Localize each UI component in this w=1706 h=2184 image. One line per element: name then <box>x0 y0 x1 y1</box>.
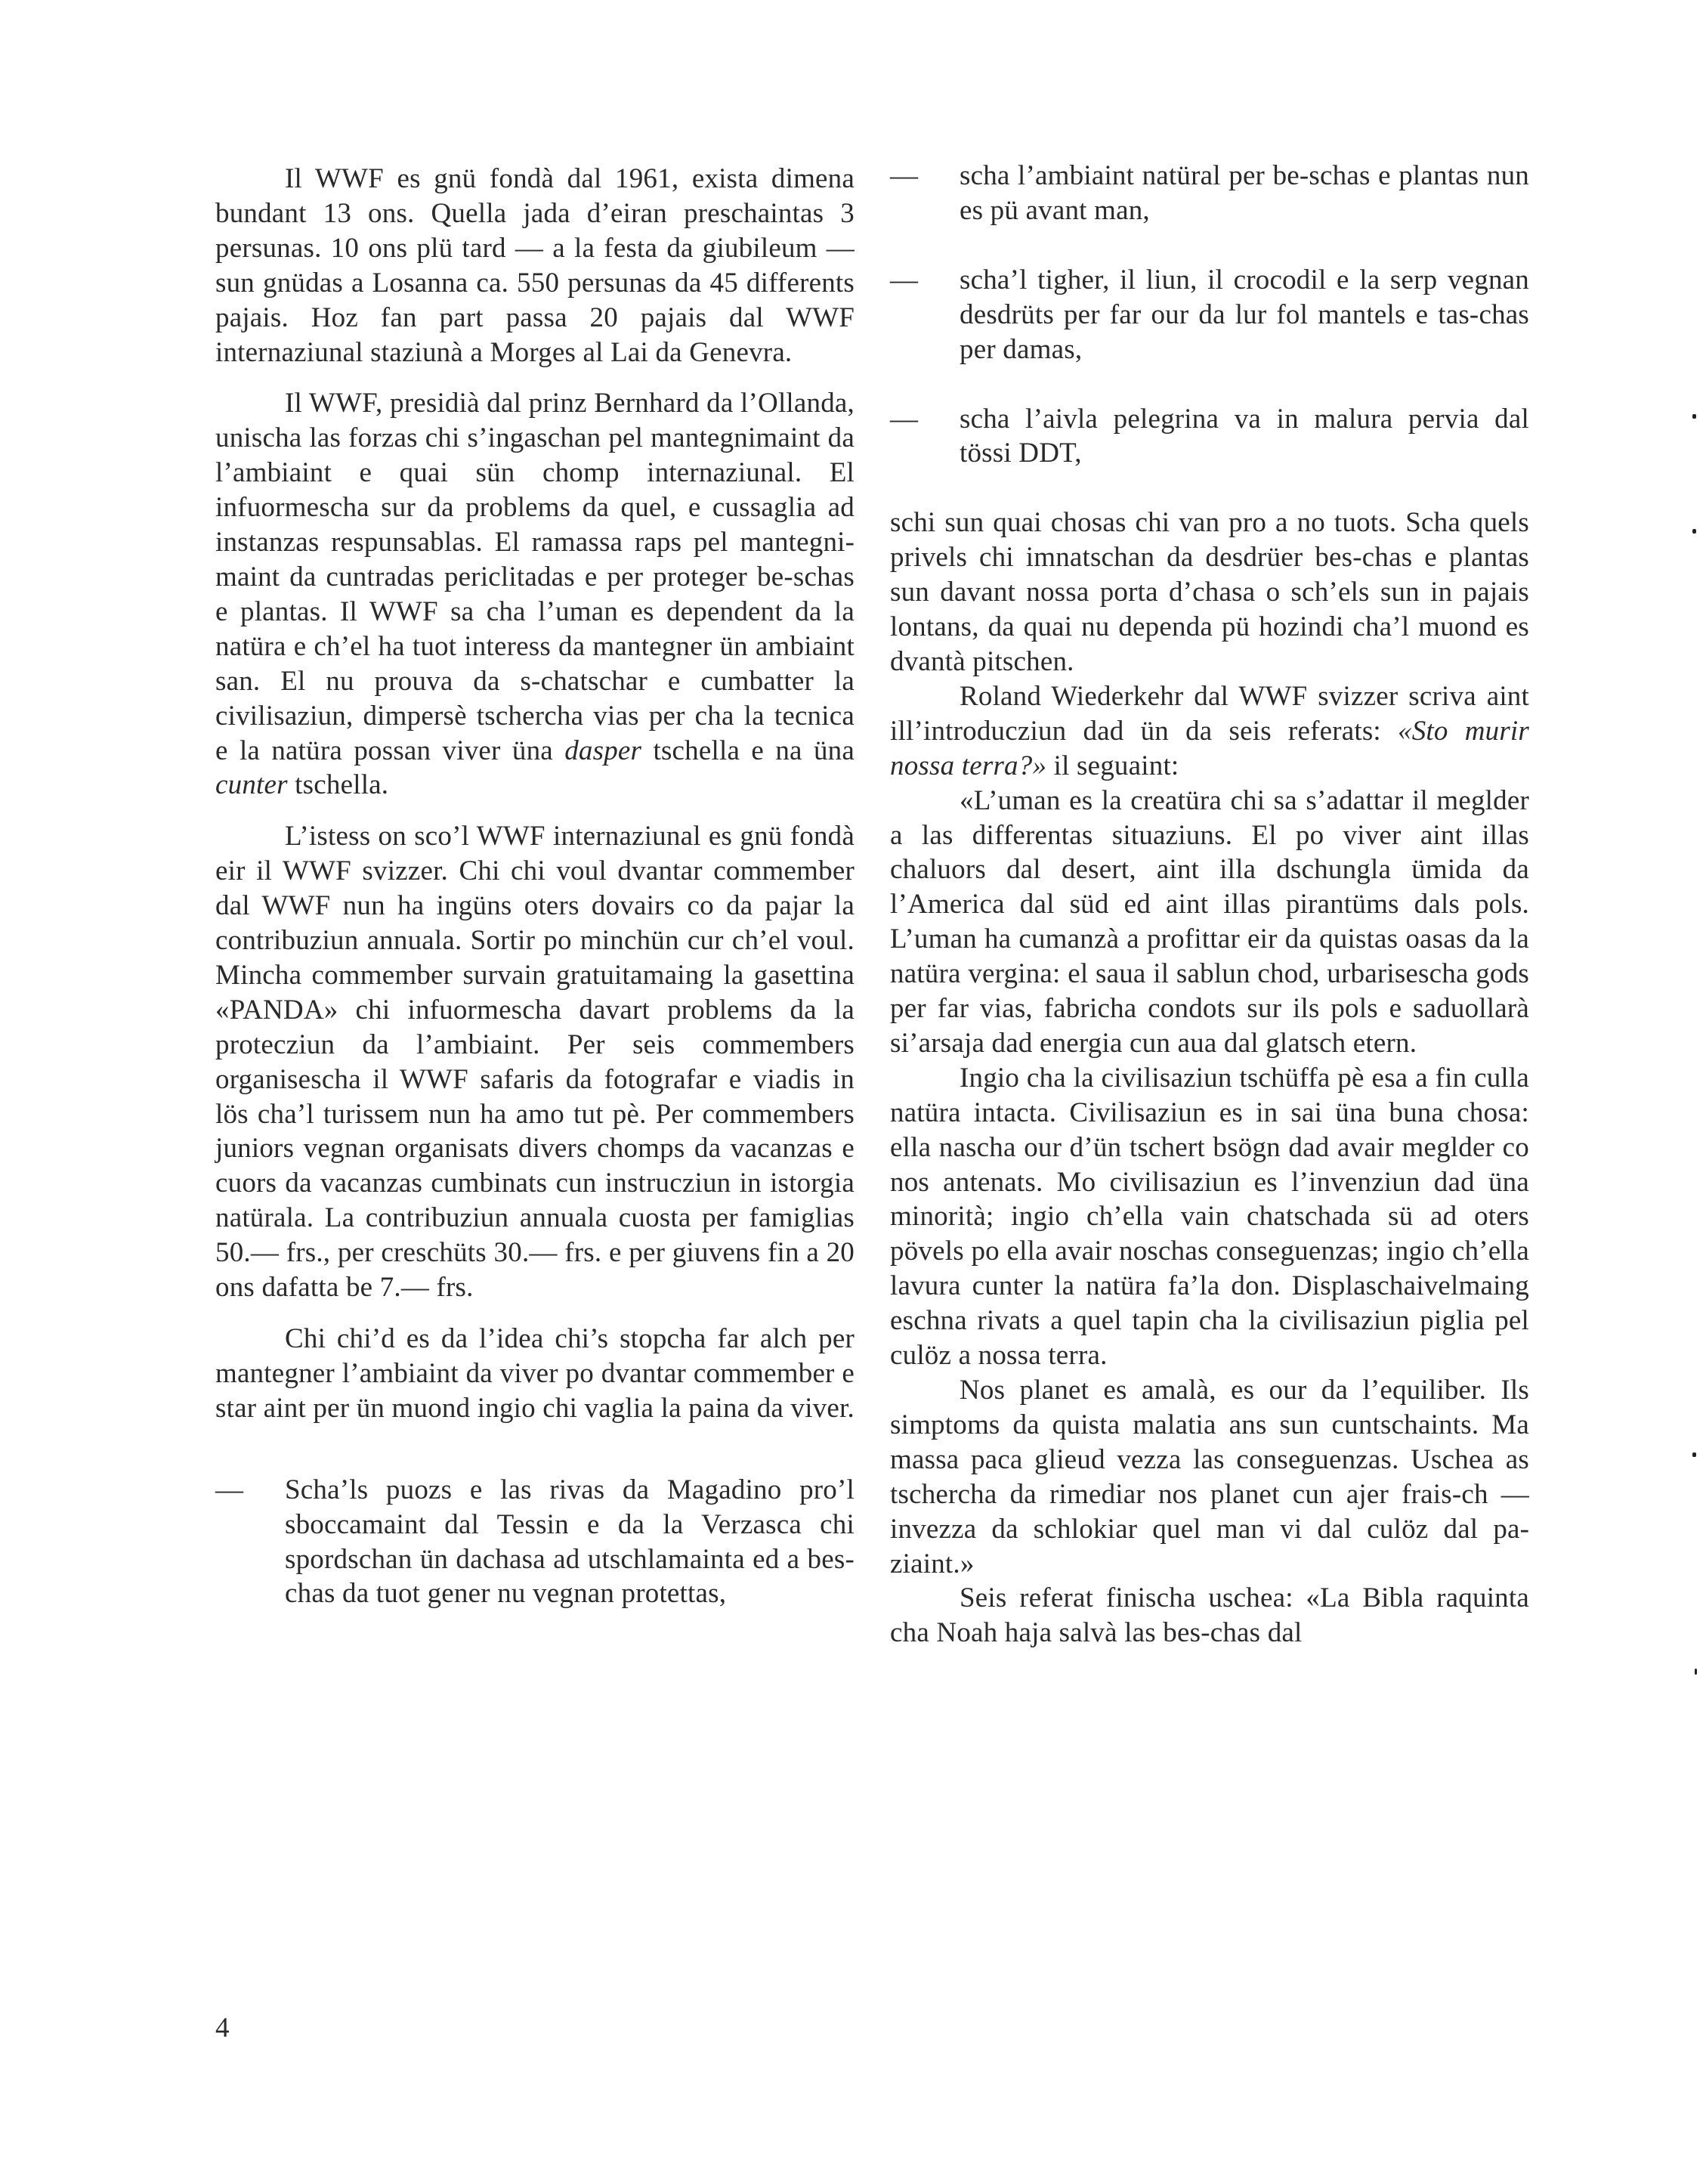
margin-mark <box>1692 529 1696 534</box>
left-column: Il WWF es gnü fondà dal 1961, exista dim… <box>215 162 855 1611</box>
paragraph-wwf-swiss-membership: L’istess on sco’l WWF internaziunal es g… <box>215 819 855 1305</box>
paragraph-quote-human-adapt: «L’uman es la creatüra chi sa s’adattar … <box>890 784 1529 1061</box>
paragraph-call-to-join: Chi chi’d es da l’idea chi’s stopcha far… <box>215 1322 855 1426</box>
bullet-natural-habitat: —scha l’ambiaint natüral per be-schas e … <box>890 159 1529 228</box>
paragraph-concerns-all: schi sun quai chosas chi van pro a no tu… <box>890 506 1529 679</box>
paragraph-wwf-mission: Il WWF, presidià dal prinz Bernhard da l… <box>215 386 855 803</box>
dash-marker: — <box>215 1473 243 1508</box>
bullet-magadino: —Scha’ls puozs e las rivas da Magadino p… <box>215 1473 855 1612</box>
bullet-tiger-lion: —scha’l tigher, il liun, il crocodil e l… <box>890 263 1529 367</box>
italic-dasper: dasper <box>564 735 641 766</box>
paragraph-wwf-founding: Il WWF es gnü fondà dal 1961, exista dim… <box>215 162 855 370</box>
dash-marker: — <box>890 159 918 193</box>
paragraph-quote-planet-ill: Nos planet es amalà, es our da l’equilib… <box>890 1373 1529 1581</box>
margin-mark <box>1692 1452 1696 1457</box>
page-number: 4 <box>215 2012 230 2044</box>
paragraph-wiederkehr-intro: Roland Wiederkehr dal WWF svizzer scri­v… <box>890 679 1529 784</box>
margin-mark <box>1695 1669 1697 1675</box>
bullet-peregrine-ddt: —scha l’aivla pelegrina va in malura per… <box>890 402 1529 472</box>
right-column: —scha l’ambiaint natüral per be-schas e … <box>890 159 1529 1650</box>
dash-marker: — <box>890 263 918 298</box>
paragraph-bible-noah: Seis referat finischa uschea: «La Bibla … <box>890 1581 1529 1650</box>
paragraph-quote-civilisation: Ingio cha la civilisaziun tschüffa pè es… <box>890 1061 1529 1373</box>
italic-cunter: cunter <box>215 769 288 800</box>
margin-mark <box>1692 414 1696 419</box>
dash-marker: — <box>890 402 918 437</box>
